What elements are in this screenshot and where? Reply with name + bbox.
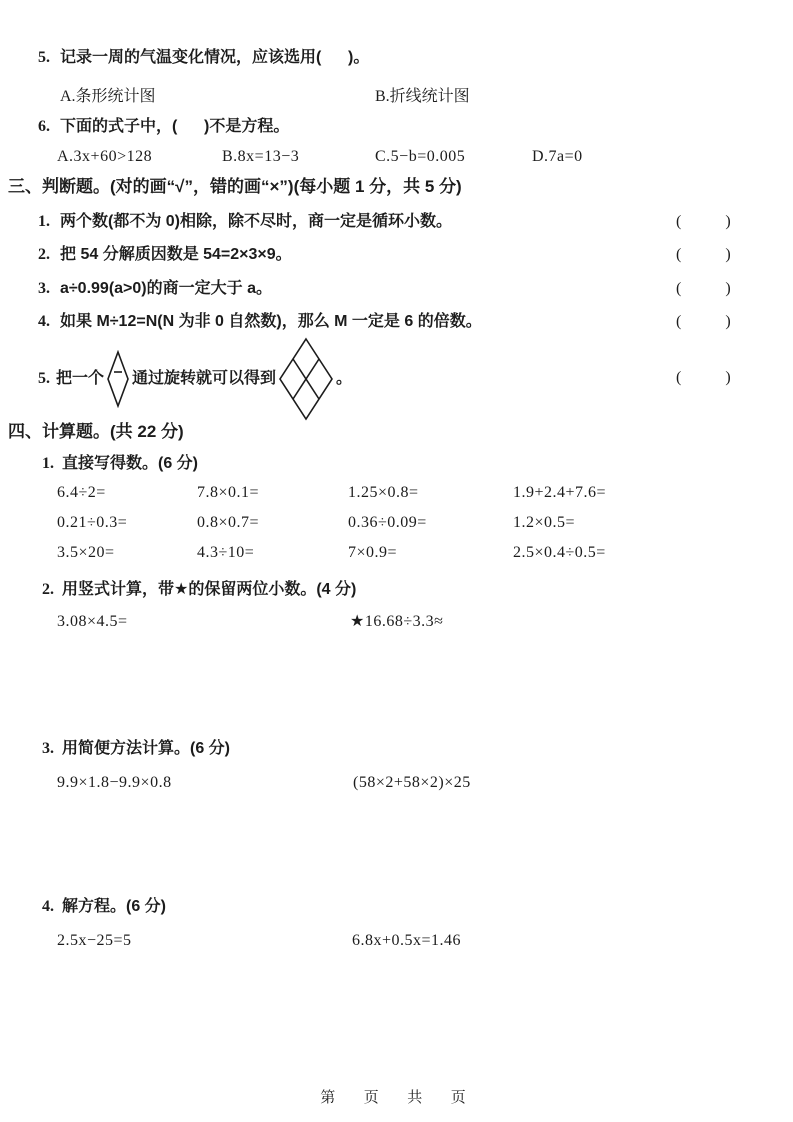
judge-item-number: 2. (38, 245, 50, 265)
calc-sub1-title: 直接写得数。(6 分) (62, 454, 198, 474)
question-5-number: 5. (38, 48, 50, 68)
judge-section-heading: 三、判断题。(对的画“√”，错的画“×”)(每小题 1 分，共 5 分) (8, 177, 462, 197)
exam-page: 5. 记录一周的气温变化情况，应该选用( )。 A.条形统计图 B.折线统计图 … (0, 0, 793, 1122)
calc-sub3-number: 3. (42, 739, 54, 759)
question-6-options: A.3x+60>128 B.8x=13−3 C.5−b=0.005 D.7a=0 (0, 147, 793, 167)
calc-sub3-expressions: 9.9×1.8−9.9×0.8 (58×2+58×2)×25 (0, 773, 793, 793)
expression: 0.36÷0.09= (348, 513, 427, 533)
expression-left: 9.9×1.8−9.9×0.8 (57, 773, 172, 793)
expression-left: 2.5x−25=5 (57, 931, 132, 951)
calc-sub2-title: 用竖式计算，带★的保留两位小数。(4 分) (62, 580, 356, 600)
expression: 1.25×0.8= (348, 483, 419, 503)
judge-item-text: a÷0.99(a>0)的商一定大于 a。 (60, 279, 272, 299)
option-a: A.3x+60>128 (57, 147, 152, 167)
answer-bracket: ( ) (676, 279, 733, 299)
judge-item-text: 如果 M÷12=N(N 为非 0 自然数)，那么 M 一定是 6 的倍数。 (60, 312, 482, 332)
question-6-stem: 下面的式子中，( )不是方程。 (60, 117, 289, 137)
judge-item-number: 4. (38, 312, 50, 332)
calc-sub4-expressions: 2.5x−25=5 6.8x+0.5x=1.46 (0, 931, 793, 951)
calc-sub1-number: 1. (42, 454, 54, 474)
question-5-stem: 记录一周的气温变化情况，应该选用( )。 (60, 48, 369, 68)
calc-sub1-title-row: 1. 直接写得数。(6 分) (0, 454, 793, 474)
expression: 2.5×0.4÷0.5= (513, 543, 606, 563)
option-b: B.折线统计图 (375, 87, 470, 107)
option-a: A.条形统计图 (60, 87, 156, 107)
question-5: 5. 记录一周的气温变化情况，应该选用( )。 (0, 48, 793, 68)
judge-item-5-bracket-row: ( ) (0, 368, 793, 388)
expression: 0.8×0.7= (197, 513, 259, 533)
calc-grid-row-1: 6.4÷2= 7.8×0.1= 1.25×0.8= 1.9+2.4+7.6= (0, 483, 793, 503)
expression-right: ★16.68÷3.3≈ (350, 612, 443, 632)
expression: 7.8×0.1= (197, 483, 259, 503)
expression: 1.9+2.4+7.6= (513, 483, 606, 503)
expression: 4.3÷10= (197, 543, 254, 563)
judge-item-text: 把 54 分解质因数是 54=2×3×9。 (60, 245, 292, 265)
calc-section-heading: 四、计算题。(共 22 分) (8, 422, 184, 442)
judge-item-text: 两个数(都不为 0)相除，除不尽时，商一定是循环小数。 (60, 212, 452, 232)
judge-item-1: 1. 两个数(都不为 0)相除，除不尽时，商一定是循环小数。 ( ) (0, 212, 793, 232)
calc-grid-row-2: 0.21÷0.3= 0.8×0.7= 0.36÷0.09= 1.2×0.5= (0, 513, 793, 533)
expression-right: 6.8x+0.5x=1.46 (352, 931, 461, 951)
judge-section-heading-row: 三、判断题。(对的画“√”，错的画“×”)(每小题 1 分，共 5 分) (0, 177, 793, 197)
expression: 7×0.9= (348, 543, 397, 563)
expression: 3.5×20= (57, 543, 115, 563)
answer-bracket: ( ) (676, 245, 733, 265)
judge-item-number: 3. (38, 279, 50, 299)
calc-sub2-number: 2. (42, 580, 54, 600)
answer-bracket: ( ) (676, 368, 733, 388)
judge-item-number: 1. (38, 212, 50, 232)
calc-grid-row-3: 3.5×20= 4.3÷10= 7×0.9= 2.5×0.4÷0.5= (0, 543, 793, 563)
calc-sub4-title: 解方程。(6 分) (62, 897, 166, 917)
judge-item-2: 2. 把 54 分解质因数是 54=2×3×9。 ( ) (0, 245, 793, 265)
answer-bracket: ( ) (676, 312, 733, 332)
answer-bracket: ( ) (676, 212, 733, 232)
calc-sub4-number: 4. (42, 897, 54, 917)
judge-item-3: 3. a÷0.99(a>0)的商一定大于 a。 ( ) (0, 279, 793, 299)
question-6-number: 6. (38, 117, 50, 137)
question-5-options: A.条形统计图 B.折线统计图 (0, 87, 793, 107)
expression-right: (58×2+58×2)×25 (353, 773, 471, 793)
page-footer: 第 页 共 页 (0, 1086, 793, 1107)
calc-sub3-title-row: 3. 用简便方法计算。(6 分) (0, 739, 793, 759)
expression: 6.4÷2= (57, 483, 106, 503)
calc-sub3-title: 用简便方法计算。(6 分) (62, 739, 230, 759)
calc-section-heading-row: 四、计算题。(共 22 分) (0, 422, 793, 442)
question-6: 6. 下面的式子中，( )不是方程。 (0, 117, 793, 137)
expression: 0.21÷0.3= (57, 513, 127, 533)
expression: 1.2×0.5= (513, 513, 575, 533)
option-c: C.5−b=0.005 (375, 147, 465, 167)
option-d: D.7a=0 (532, 147, 583, 167)
calc-sub2-title-row: 2. 用竖式计算，带★的保留两位小数。(4 分) (0, 580, 793, 600)
judge-item-4: 4. 如果 M÷12=N(N 为非 0 自然数)，那么 M 一定是 6 的倍数。… (0, 312, 793, 332)
calc-sub4-title-row: 4. 解方程。(6 分) (0, 897, 793, 917)
option-b: B.8x=13−3 (222, 147, 299, 167)
expression-left: 3.08×4.5= (57, 612, 128, 632)
calc-sub2-expressions: 3.08×4.5= ★16.68÷3.3≈ (0, 612, 793, 632)
